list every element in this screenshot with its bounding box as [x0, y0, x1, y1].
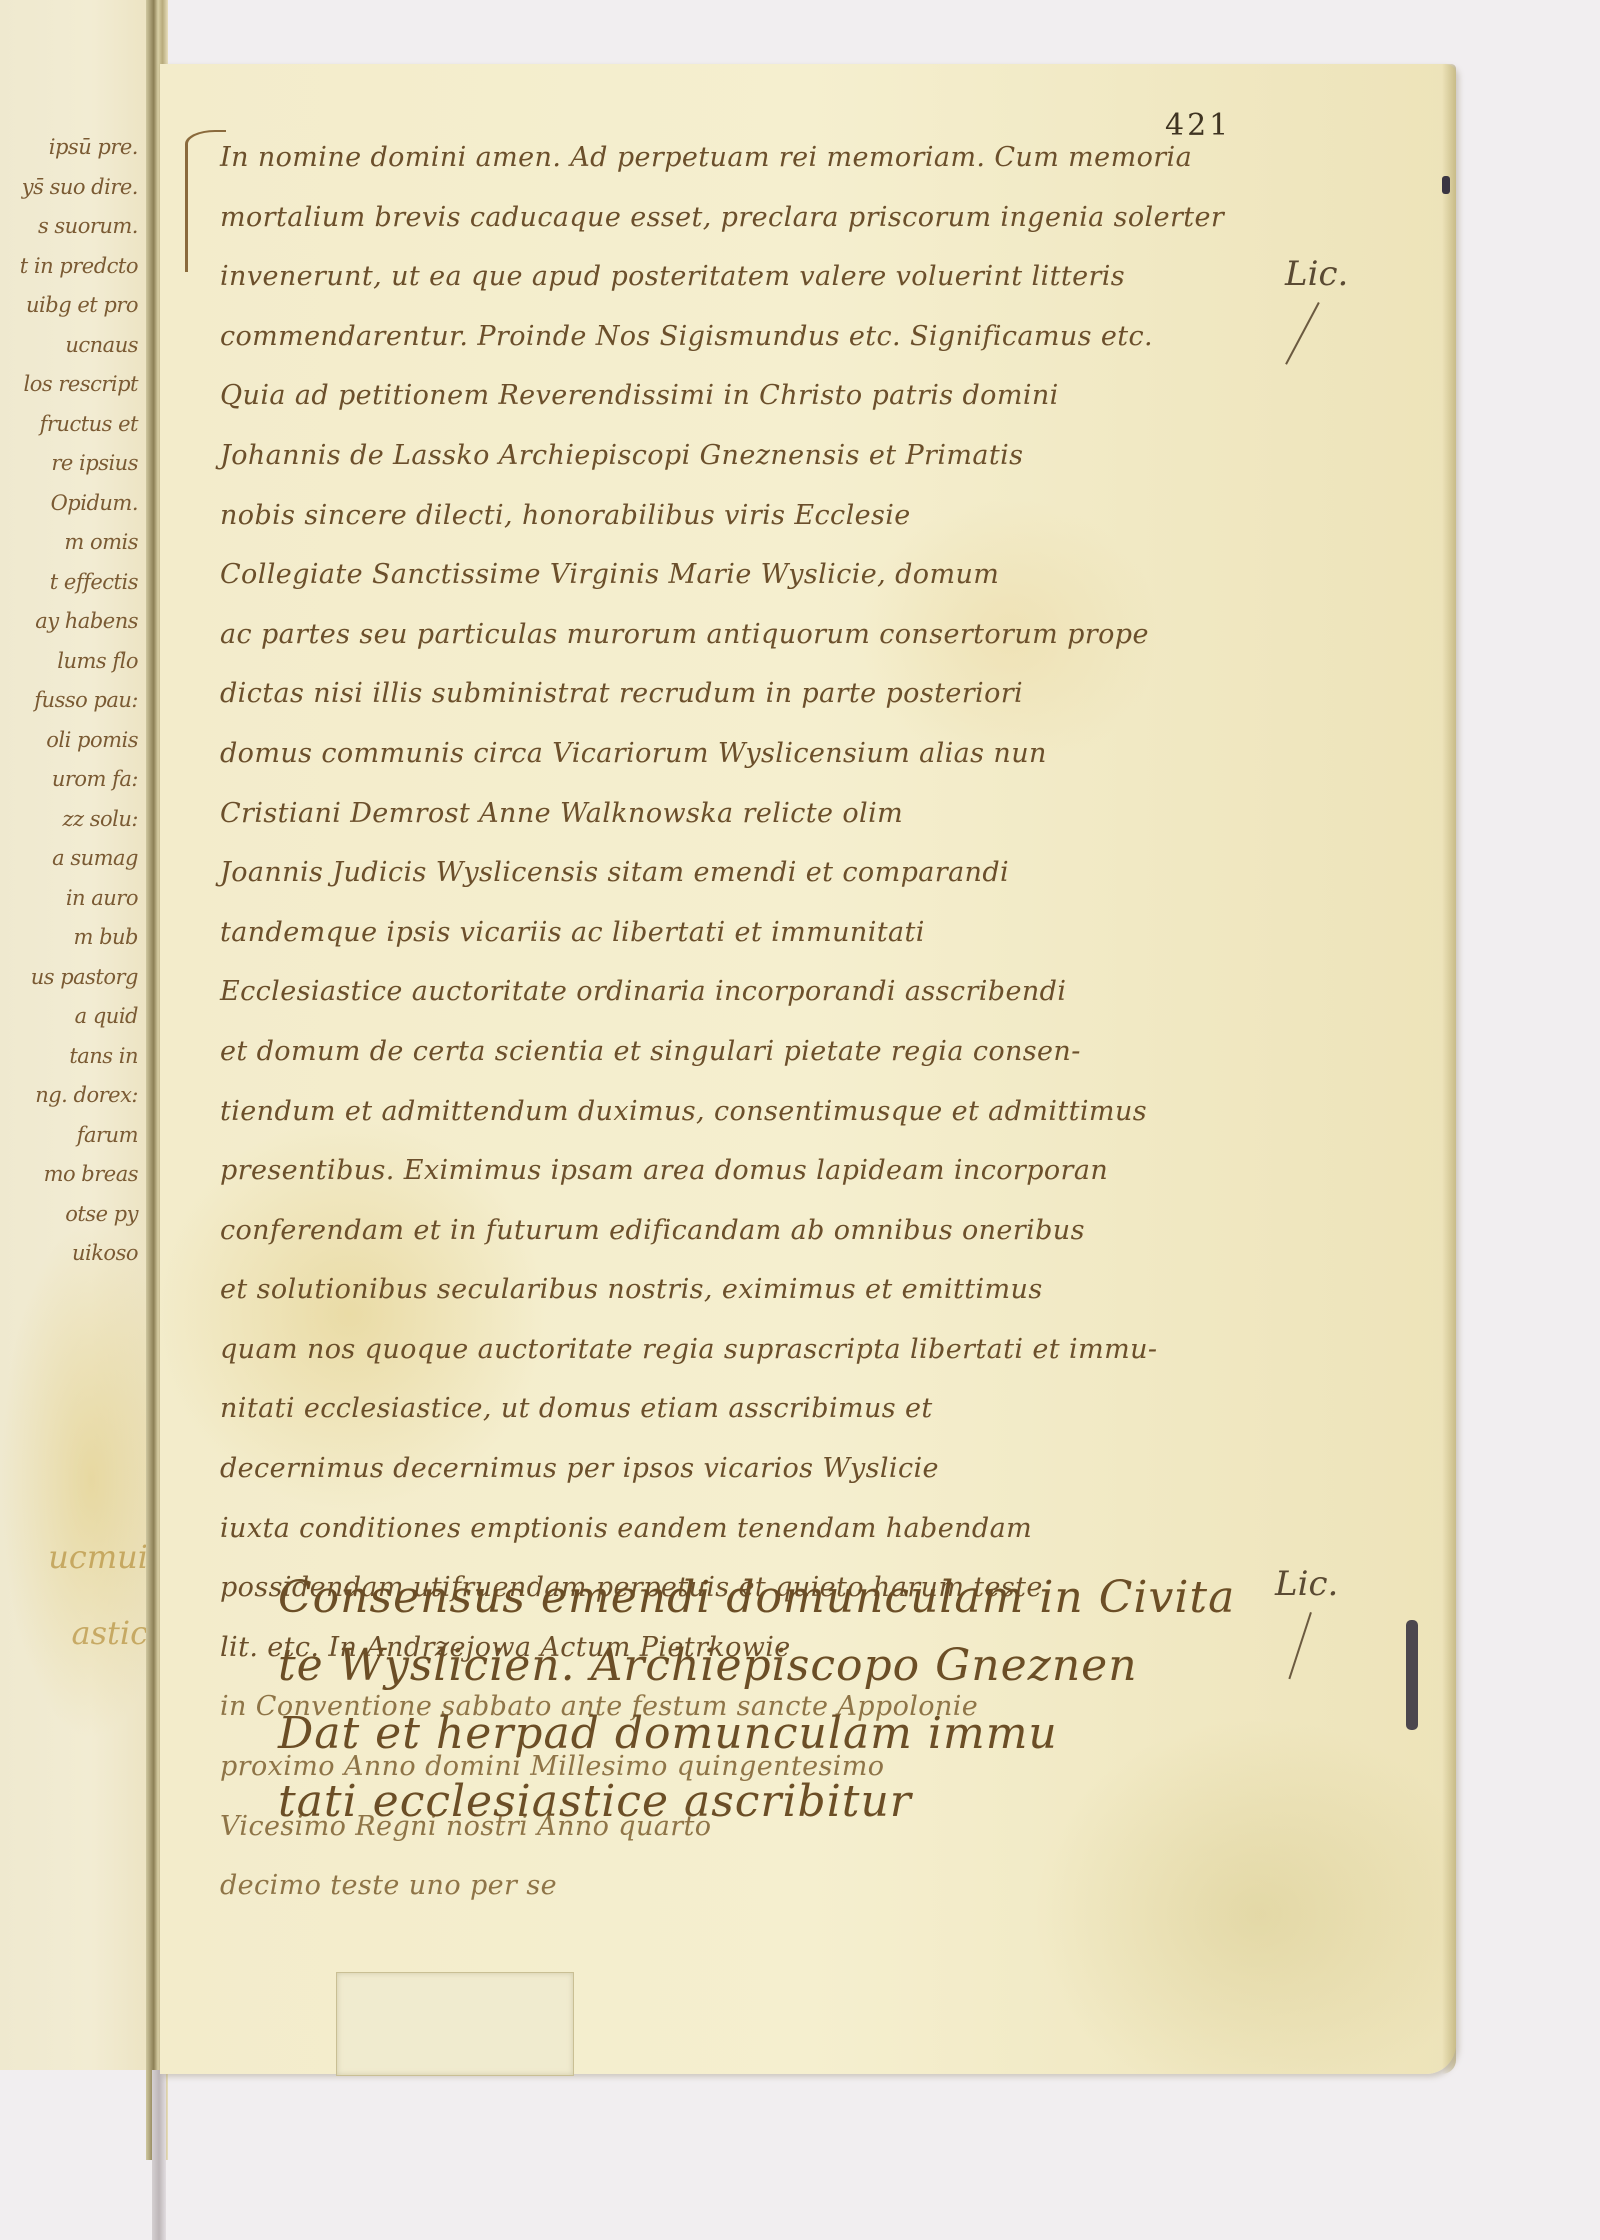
margin-note-stroke [1288, 1612, 1312, 1679]
verso-margin-line: lums flo [0, 642, 150, 682]
verso-margin-line: ipsū pre. [0, 128, 150, 168]
ink-mark-edge [1406, 1620, 1418, 1730]
verso-margin-line: mo breas [0, 1155, 150, 1195]
verso-margin-line: s suorum. [0, 207, 150, 247]
verso-margin-line: los rescript [0, 365, 150, 405]
verso-margin-line: ng. dorex: [0, 1076, 150, 1116]
body-text-line: et domum de certa scientia et singulari … [220, 1022, 1220, 1082]
verso-margin-line: farum [0, 1116, 150, 1156]
verso-margin-line: ucnaus [0, 326, 150, 366]
verso-margin-line: re ipsius [0, 444, 150, 484]
verso-margin-text: ipsū pre.ys̄ suo dire.s suorum.t in pred… [0, 128, 150, 1274]
rubric-line: Consensus emendi domunculam in Civita [278, 1564, 1278, 1632]
body-text-line: dictas nisi illis subministrat recrudum … [220, 664, 1220, 724]
verso-margin-line: tans in [0, 1037, 150, 1077]
margin-note-stroke [1285, 302, 1320, 365]
body-text-line: presentibus. Eximimus ipsam area domus l… [220, 1141, 1220, 1201]
facing-page-verso: ipsū pre.ys̄ suo dire.s suorum.t in pred… [0, 0, 152, 2070]
verso-margin-line: zz solu: [0, 800, 150, 840]
verso-margin-line: m bub [0, 918, 150, 958]
body-text-line: et solutionibus secularibus nostris, exi… [220, 1260, 1220, 1320]
body-text-line: quam nos quoque auctoritate regia supras… [220, 1320, 1220, 1380]
body-text-line: mortalium brevis caducaque esset, precla… [220, 188, 1220, 248]
water-stain [0, 1220, 152, 1740]
verso-margin-line: oli pomis [0, 721, 150, 761]
body-text-line: Joannis Judicis Wyslicensis sitam emendi… [220, 843, 1220, 903]
verso-margin-line: t effectis [0, 563, 150, 603]
margin-note-upper: Lic. [1285, 254, 1348, 294]
rubric-line: tati ecclesiastice ascribitur [278, 1768, 1278, 1836]
verso-margin-line: urom fa: [0, 760, 150, 800]
verso-margin-line: a sumag [0, 839, 150, 879]
rubric-line: te Wyslicien. Archiepiscopo Gneznen [278, 1632, 1278, 1700]
body-text-line: Quia ad petitionem Reverendissimi in Chr… [220, 366, 1220, 426]
rubric-line: Dat et herpad domunculam immu [278, 1700, 1278, 1768]
body-text-line: domus communis circa Vicariorum Wyslicen… [220, 724, 1220, 784]
body-text-line: decernimus decernimus per ipsos vicarios… [220, 1439, 1220, 1499]
body-text-line: decimo teste uno per se [220, 1856, 1220, 1916]
body-text-line: commendarentur. Proinde Nos Sigismundus … [220, 307, 1220, 367]
gutter-shadow [152, 2070, 166, 2240]
body-text-line: invenerunt, ut ea que apud posteritatem … [220, 247, 1220, 307]
verso-margin-line: in auro [0, 879, 150, 919]
rubric-summary: Consensus emendi domunculam in Civitate … [278, 1564, 1278, 1836]
body-text-line: nitati ecclesiastice, ut domus etiam ass… [220, 1379, 1220, 1439]
verso-margin-line: uibg et pro [0, 286, 150, 326]
body-text-line: In nomine domini amen. Ad perpetuam rei … [220, 128, 1220, 188]
verso-margin-line: ys̄ suo dire. [0, 168, 150, 208]
body-text-line: ac partes seu particulas murorum antiquo… [220, 605, 1220, 665]
manuscript-page-recto: 421 In nomine domini amen. Ad perpetuam … [160, 64, 1456, 2074]
body-text-line: Johannis de Lassko Archiepiscopi Gneznen… [220, 426, 1220, 486]
paper-slip [336, 1972, 574, 2076]
verso-margin-line: t in predcto [0, 247, 150, 287]
verso-heading-line-2: astic [0, 1614, 152, 1652]
page-edge [1442, 64, 1456, 2074]
body-text-line: Cristiani Demrost Anne Walknowska relict… [220, 784, 1220, 844]
verso-margin-line: ay habens [0, 602, 150, 642]
verso-margin-line: fructus et [0, 405, 150, 445]
body-text-line: tandemque ipsis vicariis ac libertati et… [220, 903, 1220, 963]
body-text-line: tiendum et admittendum duximus, consenti… [220, 1082, 1220, 1142]
verso-margin-line: otse py [0, 1195, 150, 1235]
body-text-line: iuxta conditiones emptionis eandem tenen… [220, 1499, 1220, 1559]
body-text-line: Ecclesiastice auctoritate ordinaria inco… [220, 962, 1220, 1022]
verso-margin-line: Opidum. [0, 484, 150, 524]
ink-mark-top [1442, 176, 1450, 194]
verso-margin-line: uikoso [0, 1234, 150, 1274]
body-text-line: nobis sincere dilecti, honorabilibus vir… [220, 486, 1220, 546]
margin-note-lower: Lic. [1275, 1564, 1338, 1604]
verso-margin-line: a quid [0, 997, 150, 1037]
body-text-line: Collegiate Sanctissime Virginis Marie Wy… [220, 545, 1220, 605]
body-text-line: conferendam et in futurum edificandam ab… [220, 1201, 1220, 1261]
verso-margin-line: fusso pau: [0, 681, 150, 721]
verso-margin-line: m omis [0, 523, 150, 563]
verso-heading-line-1: ucmui [0, 1538, 152, 1576]
verso-margin-line: us pastorg [0, 958, 150, 998]
